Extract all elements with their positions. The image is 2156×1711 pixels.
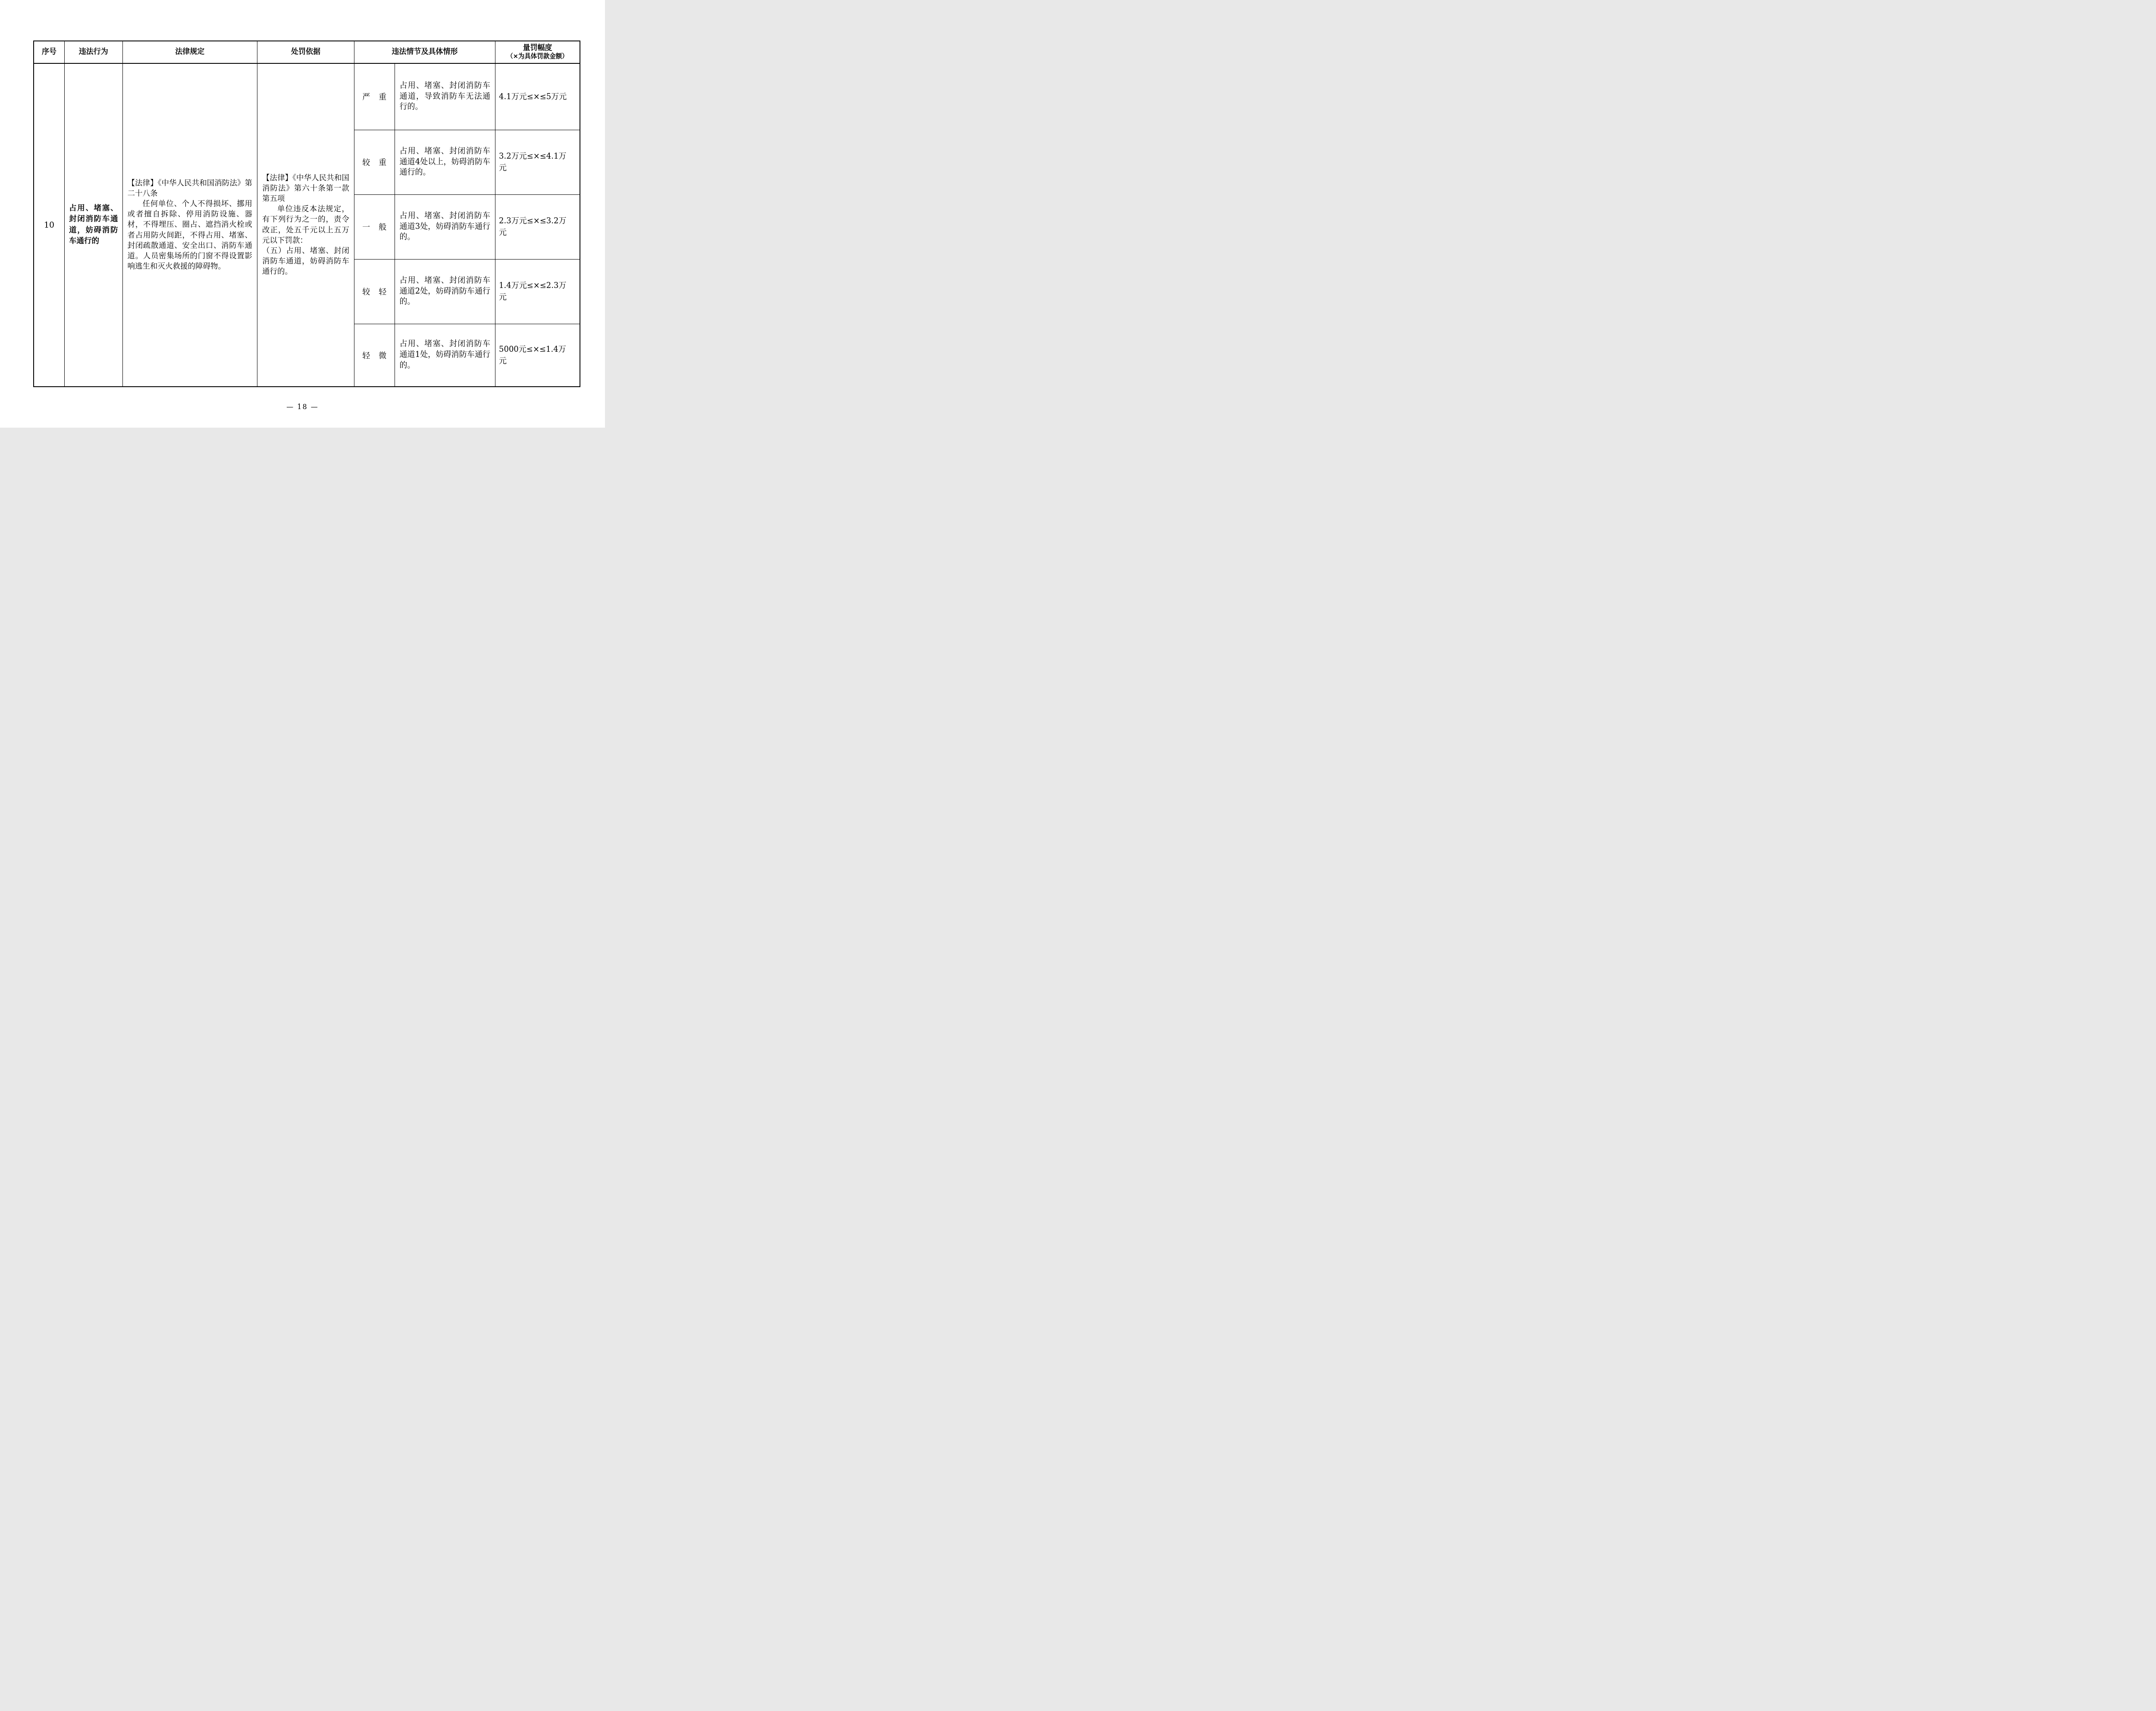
header-penalty-basis: 处罚依据	[257, 41, 354, 64]
header-seq-label: 序号	[42, 47, 56, 57]
header-penalty-range-line1: 量罚幅度	[523, 43, 552, 53]
severity-label: 较重	[362, 156, 386, 168]
cell-legal-provision: 【法律】《中华人民共和国消防法》第二十八条 任何单位、个人不得损坏、挪用或者擅自…	[123, 64, 258, 386]
penalty-range-value: 4.1万元≤×≤5万元	[499, 91, 573, 103]
penalty-range-value: 2.3万元≤×≤3.2万元	[499, 215, 573, 238]
severity-cell: 较轻	[354, 260, 395, 324]
situation-desc: 占用、堵塞、封闭消防车通道3处，妨碍消防车通行的。	[400, 211, 491, 243]
severity-label: 较轻	[362, 286, 386, 297]
situation-desc: 占用、堵塞、封闭消防车通道，导致消防车无法通行的。	[400, 81, 491, 113]
cell-penalty-basis: 【法律】《中华人民共和国消防法》第六十条第一款第五项 单位违反本法规定，有下列行…	[257, 64, 354, 386]
penalty-range-value: 3.2万元≤×≤4.1万元	[499, 150, 573, 174]
header-legal-provision-label: 法律规定	[175, 47, 204, 57]
penalty-range-cell: 3.2万元≤×≤4.1万元	[495, 130, 580, 195]
header-penalty-range: 量罚幅度 （×为具体罚款金额）	[495, 41, 580, 64]
situation-desc-cell: 占用、堵塞、封闭消防车通道1处，妨碍消防车通行的。	[395, 324, 496, 386]
situation-desc-cell: 占用、堵塞、封闭消防车通道2处，妨碍消防车通行的。	[395, 260, 496, 324]
header-behavior-label: 违法行为	[79, 47, 108, 57]
penalty-range-cell: 5000元≤×≤1.4万元	[495, 324, 580, 386]
header-legal-provision: 法律规定	[123, 41, 258, 64]
situation-desc-cell: 占用、堵塞、封闭消防车通道4处以上，妨碍消防车通行的。	[395, 130, 496, 195]
header-seq: 序号	[34, 41, 65, 64]
severity-label: 严重	[362, 91, 386, 102]
severity-cell: 轻微	[354, 324, 395, 386]
situation-desc: 占用、堵塞、封闭消防车通道1处，妨碍消防车通行的。	[400, 339, 491, 371]
situation-desc: 占用、堵塞、封闭消防车通道2处，妨碍消防车通行的。	[400, 275, 491, 307]
penalty-basis-p1: 【法律】《中华人民共和国消防法》第六十条第一款第五项	[262, 173, 349, 204]
penalty-basis-p3: （五）占用、堵塞、封闭消防车通道，妨碍消防车通行的。	[262, 246, 349, 277]
cell-behavior: 占用、堵塞、封闭消防车通道，妨碍消防车通行的	[65, 64, 123, 386]
legal-provision-p1: 【法律】《中华人民共和国消防法》第二十八条	[128, 178, 253, 199]
situation-desc-cell: 占用、堵塞、封闭消防车通道，导致消防车无法通行的。	[395, 64, 496, 130]
behavior-text: 占用、堵塞、封闭消防车通道，妨碍消防车通行的	[69, 203, 118, 247]
seq-value: 10	[44, 220, 54, 230]
severity-label: 轻微	[362, 350, 386, 361]
page-number: — 18 —	[0, 403, 605, 411]
penalty-range-cell: 1.4万元≤×≤2.3万元	[495, 260, 580, 324]
cell-seq: 10	[34, 64, 65, 386]
severity-cell: 一般	[354, 195, 395, 260]
penalty-range-value: 5000元≤×≤1.4万元	[499, 344, 573, 367]
penalty-basis-p2: 单位违反本法规定，有下列行为之一的，责令改正，处五千元以上五万元以下罚款：	[262, 204, 349, 246]
document-page: 序号 违法行为 法律规定 处罚依据 违法情节及具体情形 量罚幅度 （×为具体罚款…	[0, 0, 605, 428]
severity-cell: 较重	[354, 130, 395, 195]
penalty-range-cell: 4.1万元≤×≤5万元	[495, 64, 580, 130]
header-behavior: 违法行为	[65, 41, 123, 64]
header-situations: 违法情节及具体情形	[354, 41, 495, 64]
severity-label: 一般	[362, 221, 386, 232]
penalty-range-cell: 2.3万元≤×≤3.2万元	[495, 195, 580, 260]
header-penalty-basis-label: 处罚依据	[291, 47, 320, 57]
penalty-table: 序号 违法行为 法律规定 处罚依据 违法情节及具体情形 量罚幅度 （×为具体罚款…	[33, 41, 580, 387]
situation-desc-cell: 占用、堵塞、封闭消防车通道3处，妨碍消防车通行的。	[395, 195, 496, 260]
header-situations-label: 违法情节及具体情形	[392, 47, 458, 57]
legal-provision-p2: 任何单位、个人不得损坏、挪用或者擅自拆除、停用消防设施、器材，不得埋压、圈占、遮…	[128, 199, 253, 272]
severity-cell: 严重	[354, 64, 395, 130]
situation-desc: 占用、堵塞、封闭消防车通道4处以上，妨碍消防车通行的。	[400, 146, 491, 178]
header-penalty-range-line2: （×为具体罚款金额）	[507, 53, 568, 61]
penalty-range-value: 1.4万元≤×≤2.3万元	[499, 280, 573, 303]
